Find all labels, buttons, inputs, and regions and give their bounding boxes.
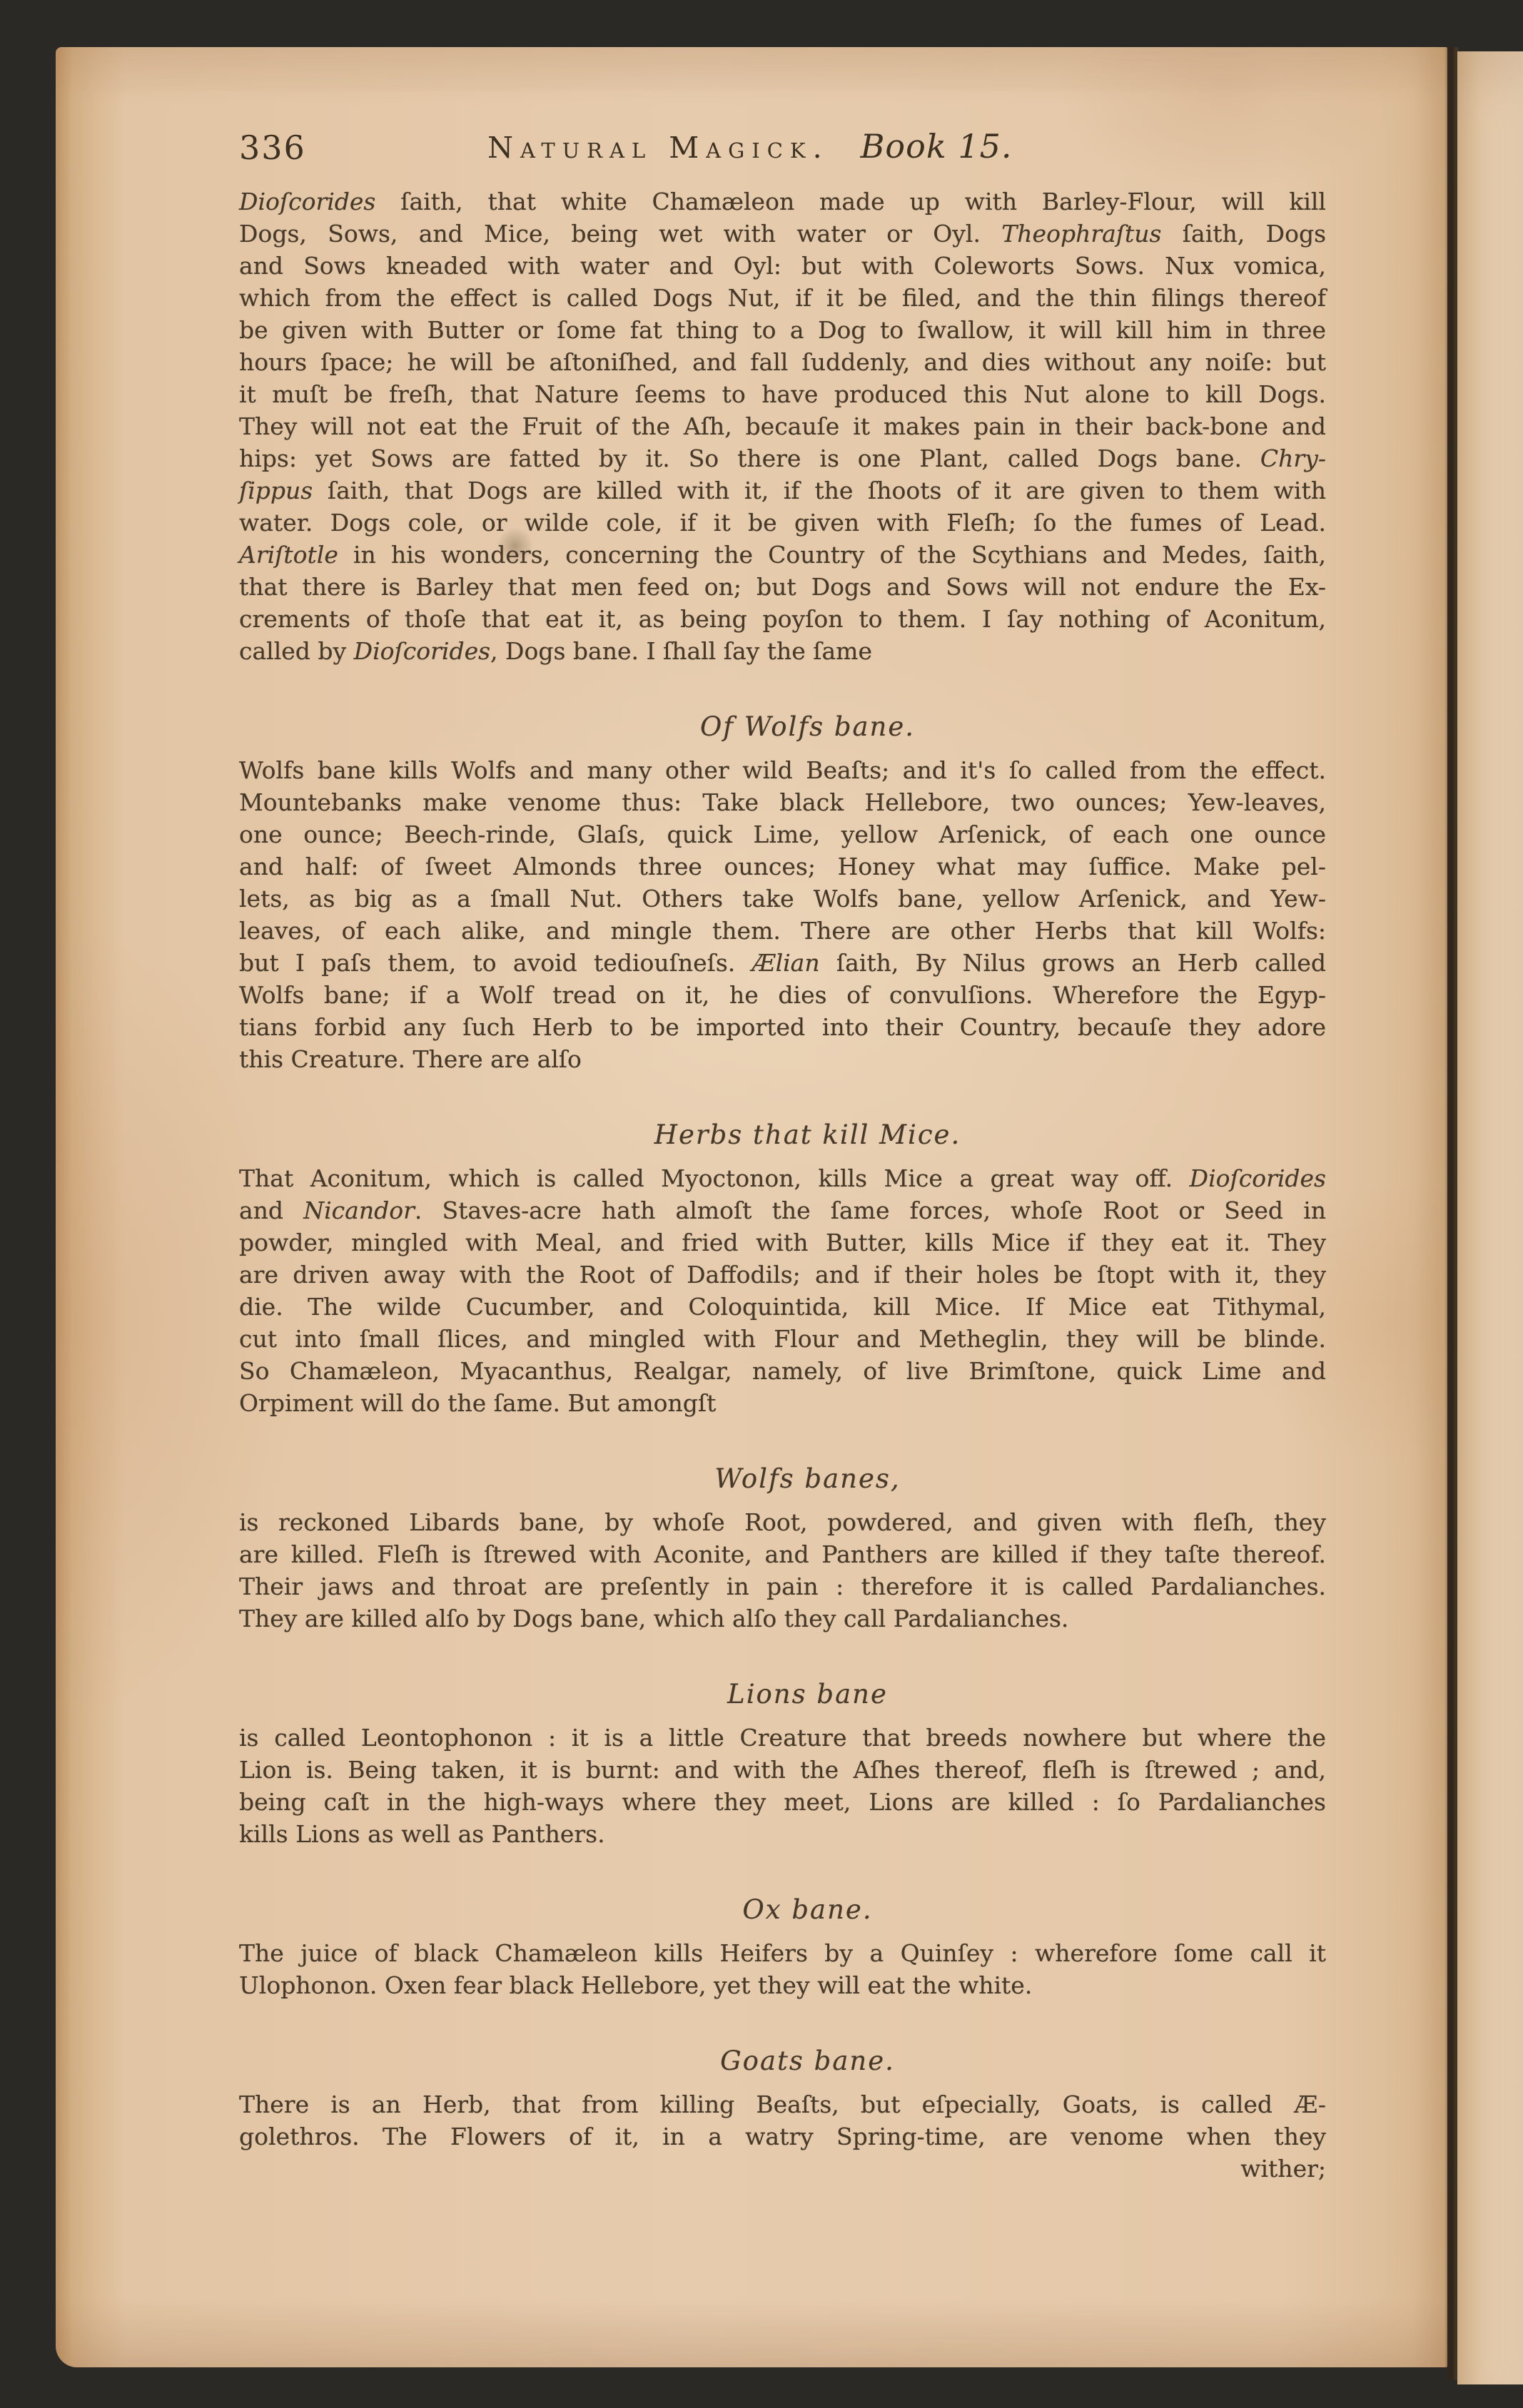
text-line: Wolfs bane; if a Wolf tread on it, he di…: [239, 979, 1326, 1011]
text-line: being caſt in the high-ways where they m…: [239, 1786, 1326, 1818]
section-heading: Of Wolfs bane.: [239, 710, 1326, 744]
paragraph: is reckoned Libards bane, by whoſe Root,…: [239, 1506, 1326, 1635]
text-line: and Sows kneaded with water and Oyl: but…: [239, 250, 1326, 282]
text-line: are driven away with the Root of Daffodi…: [239, 1259, 1326, 1291]
text-line: Dogs, Sows, and Mice, being wet with wat…: [239, 218, 1326, 250]
text-line: which from the effect is called Dogs Nut…: [239, 282, 1326, 314]
text-line: cut into ſmall ſlices, and mingled with …: [239, 1323, 1326, 1355]
text-line: tians forbid any ſuch Herb to be importe…: [239, 1011, 1326, 1043]
gutter-shadow: [1444, 47, 1459, 2380]
paragraph: Dioſcorides ſaith, that white Chamæleon …: [239, 186, 1326, 667]
text-line: Ulophonon. Oxen fear black Hellebore, ye…: [239, 1969, 1326, 2001]
text-line: water. Dogs cole, or wilde cole, if it b…: [239, 507, 1326, 539]
text-line: Orpiment will do the ſame. But amongſt: [239, 1387, 1326, 1419]
text-line: crements of thoſe that eat it, as being …: [239, 603, 1326, 635]
text-line: and half: of ſweet Almonds three ounces;…: [239, 850, 1326, 883]
text-line: kills Lions as well as Panthers.: [239, 1818, 1326, 1850]
text-line: Lion is. Being taken, it is burnt: and w…: [239, 1754, 1326, 1786]
text-line: So Chamæleon, Myacanthus, Realgar, namel…: [239, 1355, 1326, 1387]
text-line: hips: yet Sows are fatted by it. So ther…: [239, 442, 1326, 474]
text-line: Wolfs bane kills Wolfs and many other wi…: [239, 754, 1326, 786]
text-line: Mountebanks make venome thus: Take black…: [239, 786, 1326, 818]
book-page: 336 Natural Magick. Book 15. Dioſcorides…: [56, 47, 1447, 2367]
text-line: are killed. Fleſh is ſtrewed with Aconit…: [239, 1538, 1326, 1570]
text-line: Their jaws and throat are preſently in p…: [239, 1570, 1326, 1602]
text-line: called by Dioſcorides, Dogs bane. I ſhal…: [239, 635, 1326, 667]
section-heading: Goats bane.: [239, 2044, 1326, 2078]
text-line: golethros. The Flowers of it, in a watry…: [239, 2120, 1326, 2153]
text-line: but I paſs them, to avoid tediouſneſs. Æ…: [239, 947, 1326, 979]
page-number: 336: [239, 128, 306, 167]
text-line: that there is Barley that men feed on; b…: [239, 571, 1326, 603]
text-line: hours ſpace; he will be aſtoniſhed, and …: [239, 346, 1326, 378]
text-line: Ariſtotle in his wonders, concerning the…: [239, 539, 1326, 571]
catchword: wither;: [239, 2153, 1326, 2185]
section-heading: Herbs that kill Mice.: [239, 1118, 1326, 1152]
paragraph: Wolfs bane kills Wolfs and many other wi…: [239, 754, 1326, 1075]
text-line: is reckoned Libards bane, by whoſe Root,…: [239, 1506, 1326, 1538]
paragraph: is called Leontophonon : it is a little …: [239, 1722, 1326, 1850]
text-line: die. The wilde Cucumber, and Coloquintid…: [239, 1291, 1326, 1323]
title-group: Natural Magick. Book 15.: [487, 127, 1012, 166]
text-line: and Nicandor. Staves-acre hath almoſt th…: [239, 1194, 1326, 1226]
text-line: it muſt be freſh, that Nature ſeems to h…: [239, 378, 1326, 410]
text-column: Dioſcorides ſaith, that white Chamæleon …: [239, 186, 1326, 2185]
text-line: Dioſcorides ſaith, that white Chamæleon …: [239, 186, 1326, 218]
paragraph: That Aconitum, which is called Myoctonon…: [239, 1162, 1326, 1419]
running-title: Natural Magick.: [487, 131, 829, 165]
book-label: Book 15.: [861, 127, 1013, 166]
text-line: one ounce; Beech-rinde, Glaſs, quick Lim…: [239, 818, 1326, 850]
scan-background: { "page": { "number": "336", "running_ti…: [0, 0, 1523, 2408]
paragraph: There is an Herb, that from killing Beaſ…: [239, 2088, 1326, 2153]
section-heading: Lions bane: [239, 1677, 1326, 1712]
text-line: There is an Herb, that from killing Beaſ…: [239, 2088, 1326, 2120]
section-heading: Ox bane.: [239, 1893, 1326, 1927]
page-header: 336 Natural Magick. Book 15.: [239, 127, 1326, 174]
text-line: That Aconitum, which is called Myoctonon…: [239, 1162, 1326, 1194]
text-line: be given with Butter or ſome fat thing t…: [239, 314, 1326, 346]
next-page-edge: [1457, 51, 1523, 2384]
text-line: powder, mingled with Meal, and fried wit…: [239, 1226, 1326, 1259]
text-line: ſippus ſaith, that Dogs are killed with …: [239, 474, 1326, 507]
text-line: The juice of black Chamæleon kills Heife…: [239, 1937, 1326, 1969]
text-line: is called Leontophonon : it is a little …: [239, 1722, 1326, 1754]
text-line: leaves, of each alike, and mingle them. …: [239, 915, 1326, 947]
text-line: They are killed alſo by Dogs bane, which…: [239, 1602, 1326, 1635]
text-line: this Creature. There are alſo: [239, 1043, 1326, 1075]
section-heading: Wolfs banes,: [239, 1462, 1326, 1496]
text-line: They will not eat the Fruit of the Aſh, …: [239, 410, 1326, 442]
paragraph: The juice of black Chamæleon kills Heife…: [239, 1937, 1326, 2001]
text-line: lets, as big as a ſmall Nut. Others take…: [239, 883, 1326, 915]
